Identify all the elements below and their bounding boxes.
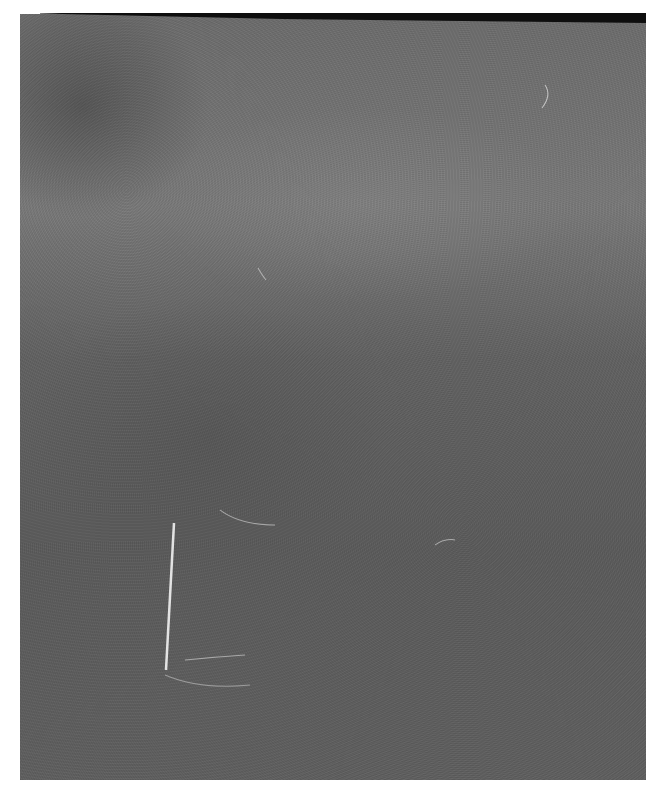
photographic-print — [20, 14, 646, 780]
